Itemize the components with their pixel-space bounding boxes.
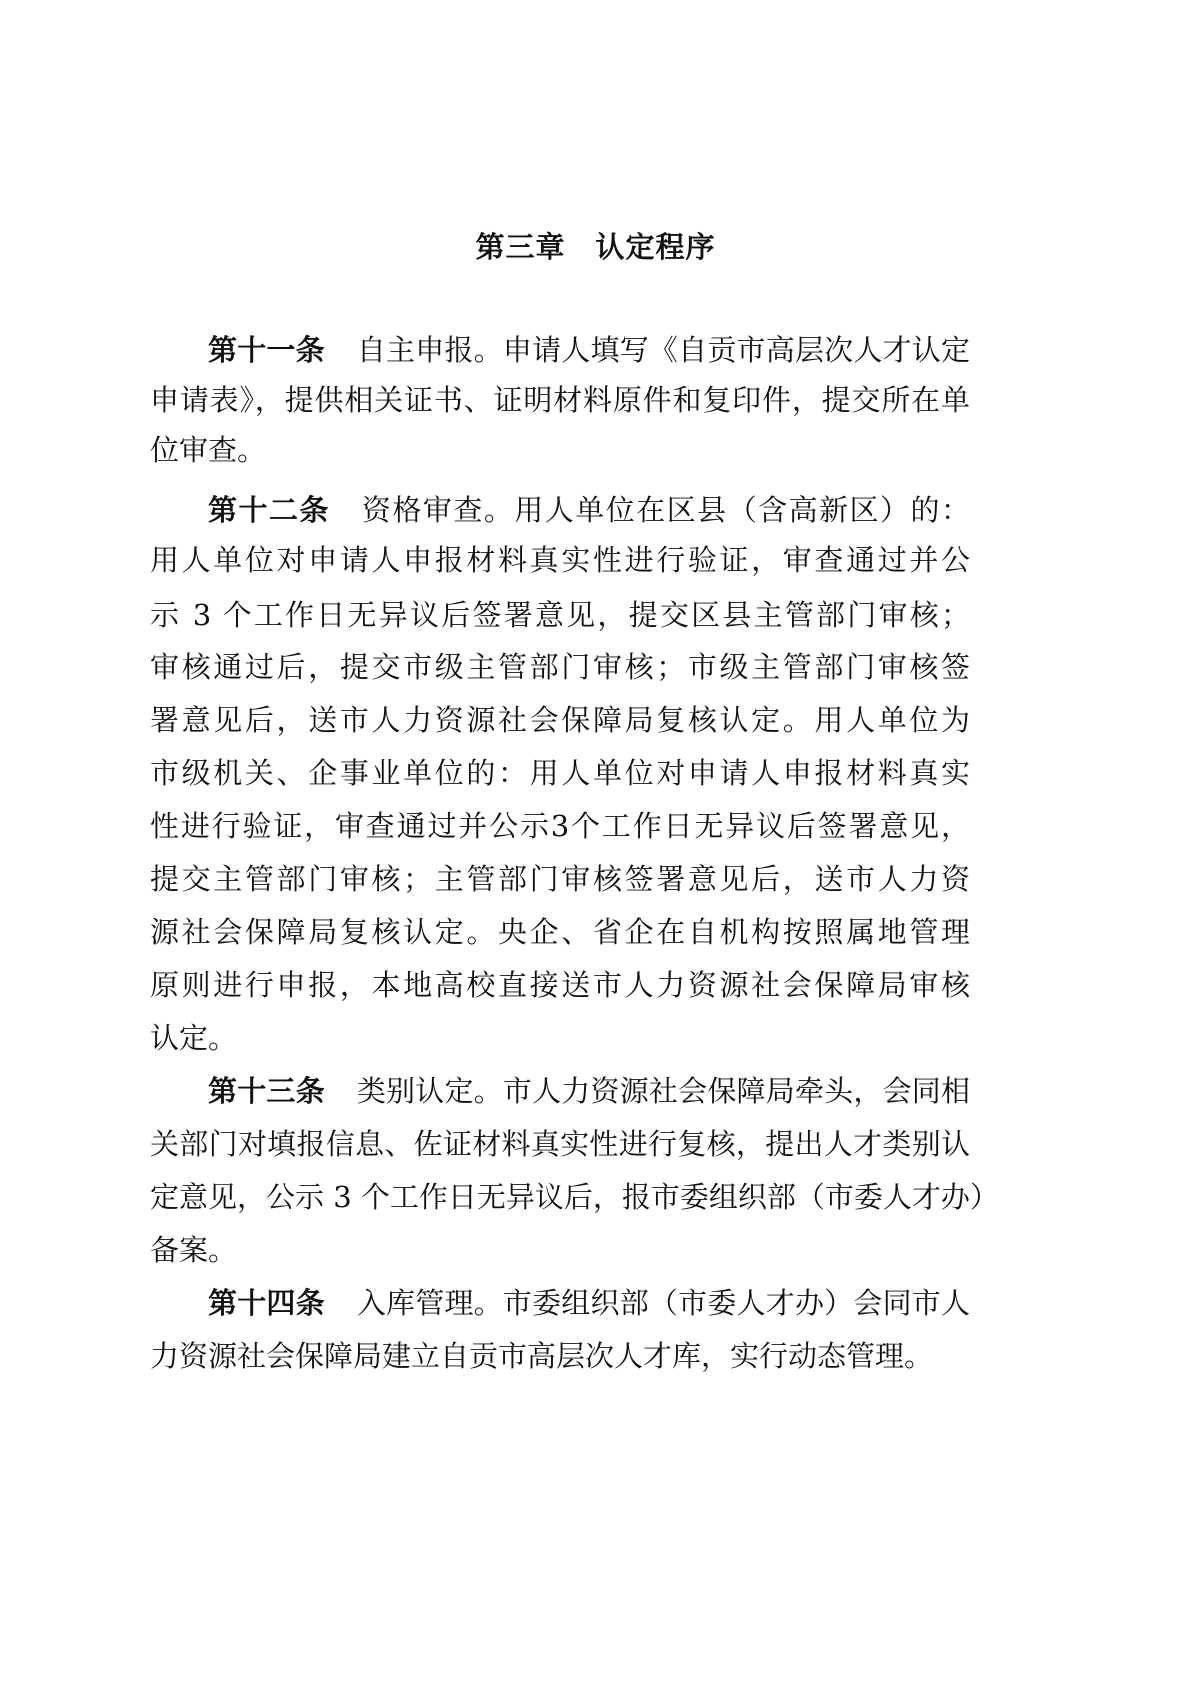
article-12-line-5: 署意见后，送市人力资源社会保障局复核认定。用人单位为: [150, 700, 970, 740]
article-12-line-10: 原则进行申报，本地高校直接送市人力资源社会保障局审核: [150, 965, 970, 1005]
article-14-line-2: 力资源社会保障局建立自贡市高层次人才库，实行动态管理。: [150, 1336, 970, 1376]
article-text: 自主申报。申请人填写《自贡市高层次人才认定: [357, 333, 970, 367]
article-13-line-4: 备案。: [150, 1230, 970, 1270]
article-13-line-3: 定意见，公示 3 个工作日无异议后，报市委组织部（市委人才办）: [150, 1177, 970, 1217]
article-11-line-3: 位审查。: [150, 430, 970, 470]
article-12-line-6: 市级机关、企事业单位的：用人单位对申请人申报材料真实: [150, 753, 970, 793]
article-label: 第十四条: [208, 1286, 325, 1320]
article-12-line-11: 认定。: [150, 1018, 970, 1058]
chapter-title: 第三章 认定程序: [0, 225, 1191, 266]
article-label: 第十三条: [208, 1074, 325, 1108]
article-13-line-2: 关部门对填报信息、佐证材料真实性进行复核，提出人才类别认: [150, 1124, 970, 1164]
article-text: 类别认定。市人力资源社会保障局牵头，会同相: [357, 1074, 970, 1108]
article-11-line-2: 申请表》，提供相关证书、证明材料原件和复印件，提交所在单: [150, 380, 970, 420]
article-label: 第十一条: [208, 333, 325, 367]
article-text: 资格审查。用人单位在区县（含高新区）的：: [362, 493, 970, 527]
article-label: 第十二条: [208, 493, 330, 527]
article-12-line-9: 源社会保障局复核认定。央企、省企在自机构按照属地管理: [150, 912, 970, 952]
article-12-line-2: 用人单位对申请人申报材料真实性进行验证，审查通过并公: [150, 540, 970, 580]
document-page: 第三章 认定程序 第十一条自主申报。申请人填写《自贡市高层次人才认定 申请表》，…: [0, 0, 1191, 1684]
article-11-line-1: 第十一条自主申报。申请人填写《自贡市高层次人才认定: [208, 330, 970, 370]
article-12-line-7: 性进行验证，审查通过并公示3个工作日无异议后签署意见，: [150, 806, 970, 846]
article-text: 入库管理。市委组织部（市委人才办）会同市人: [357, 1286, 970, 1320]
article-12-line-4: 审核通过后，提交市级主管部门审核；市级主管部门审核签: [150, 647, 970, 687]
article-14-line-1: 第十四条入库管理。市委组织部（市委人才办）会同市人: [208, 1283, 970, 1323]
article-12-line-1: 第十二条资格审查。用人单位在区县（含高新区）的：: [208, 490, 970, 530]
article-12-line-8: 提交主管部门审核；主管部门审核签署意见后，送市人力资: [150, 859, 970, 899]
article-13-line-1: 第十三条类别认定。市人力资源社会保障局牵头，会同相: [208, 1071, 970, 1111]
article-12-line-3: 示 3 个工作日无异议后签署意见，提交区县主管部门审核；: [150, 595, 970, 635]
